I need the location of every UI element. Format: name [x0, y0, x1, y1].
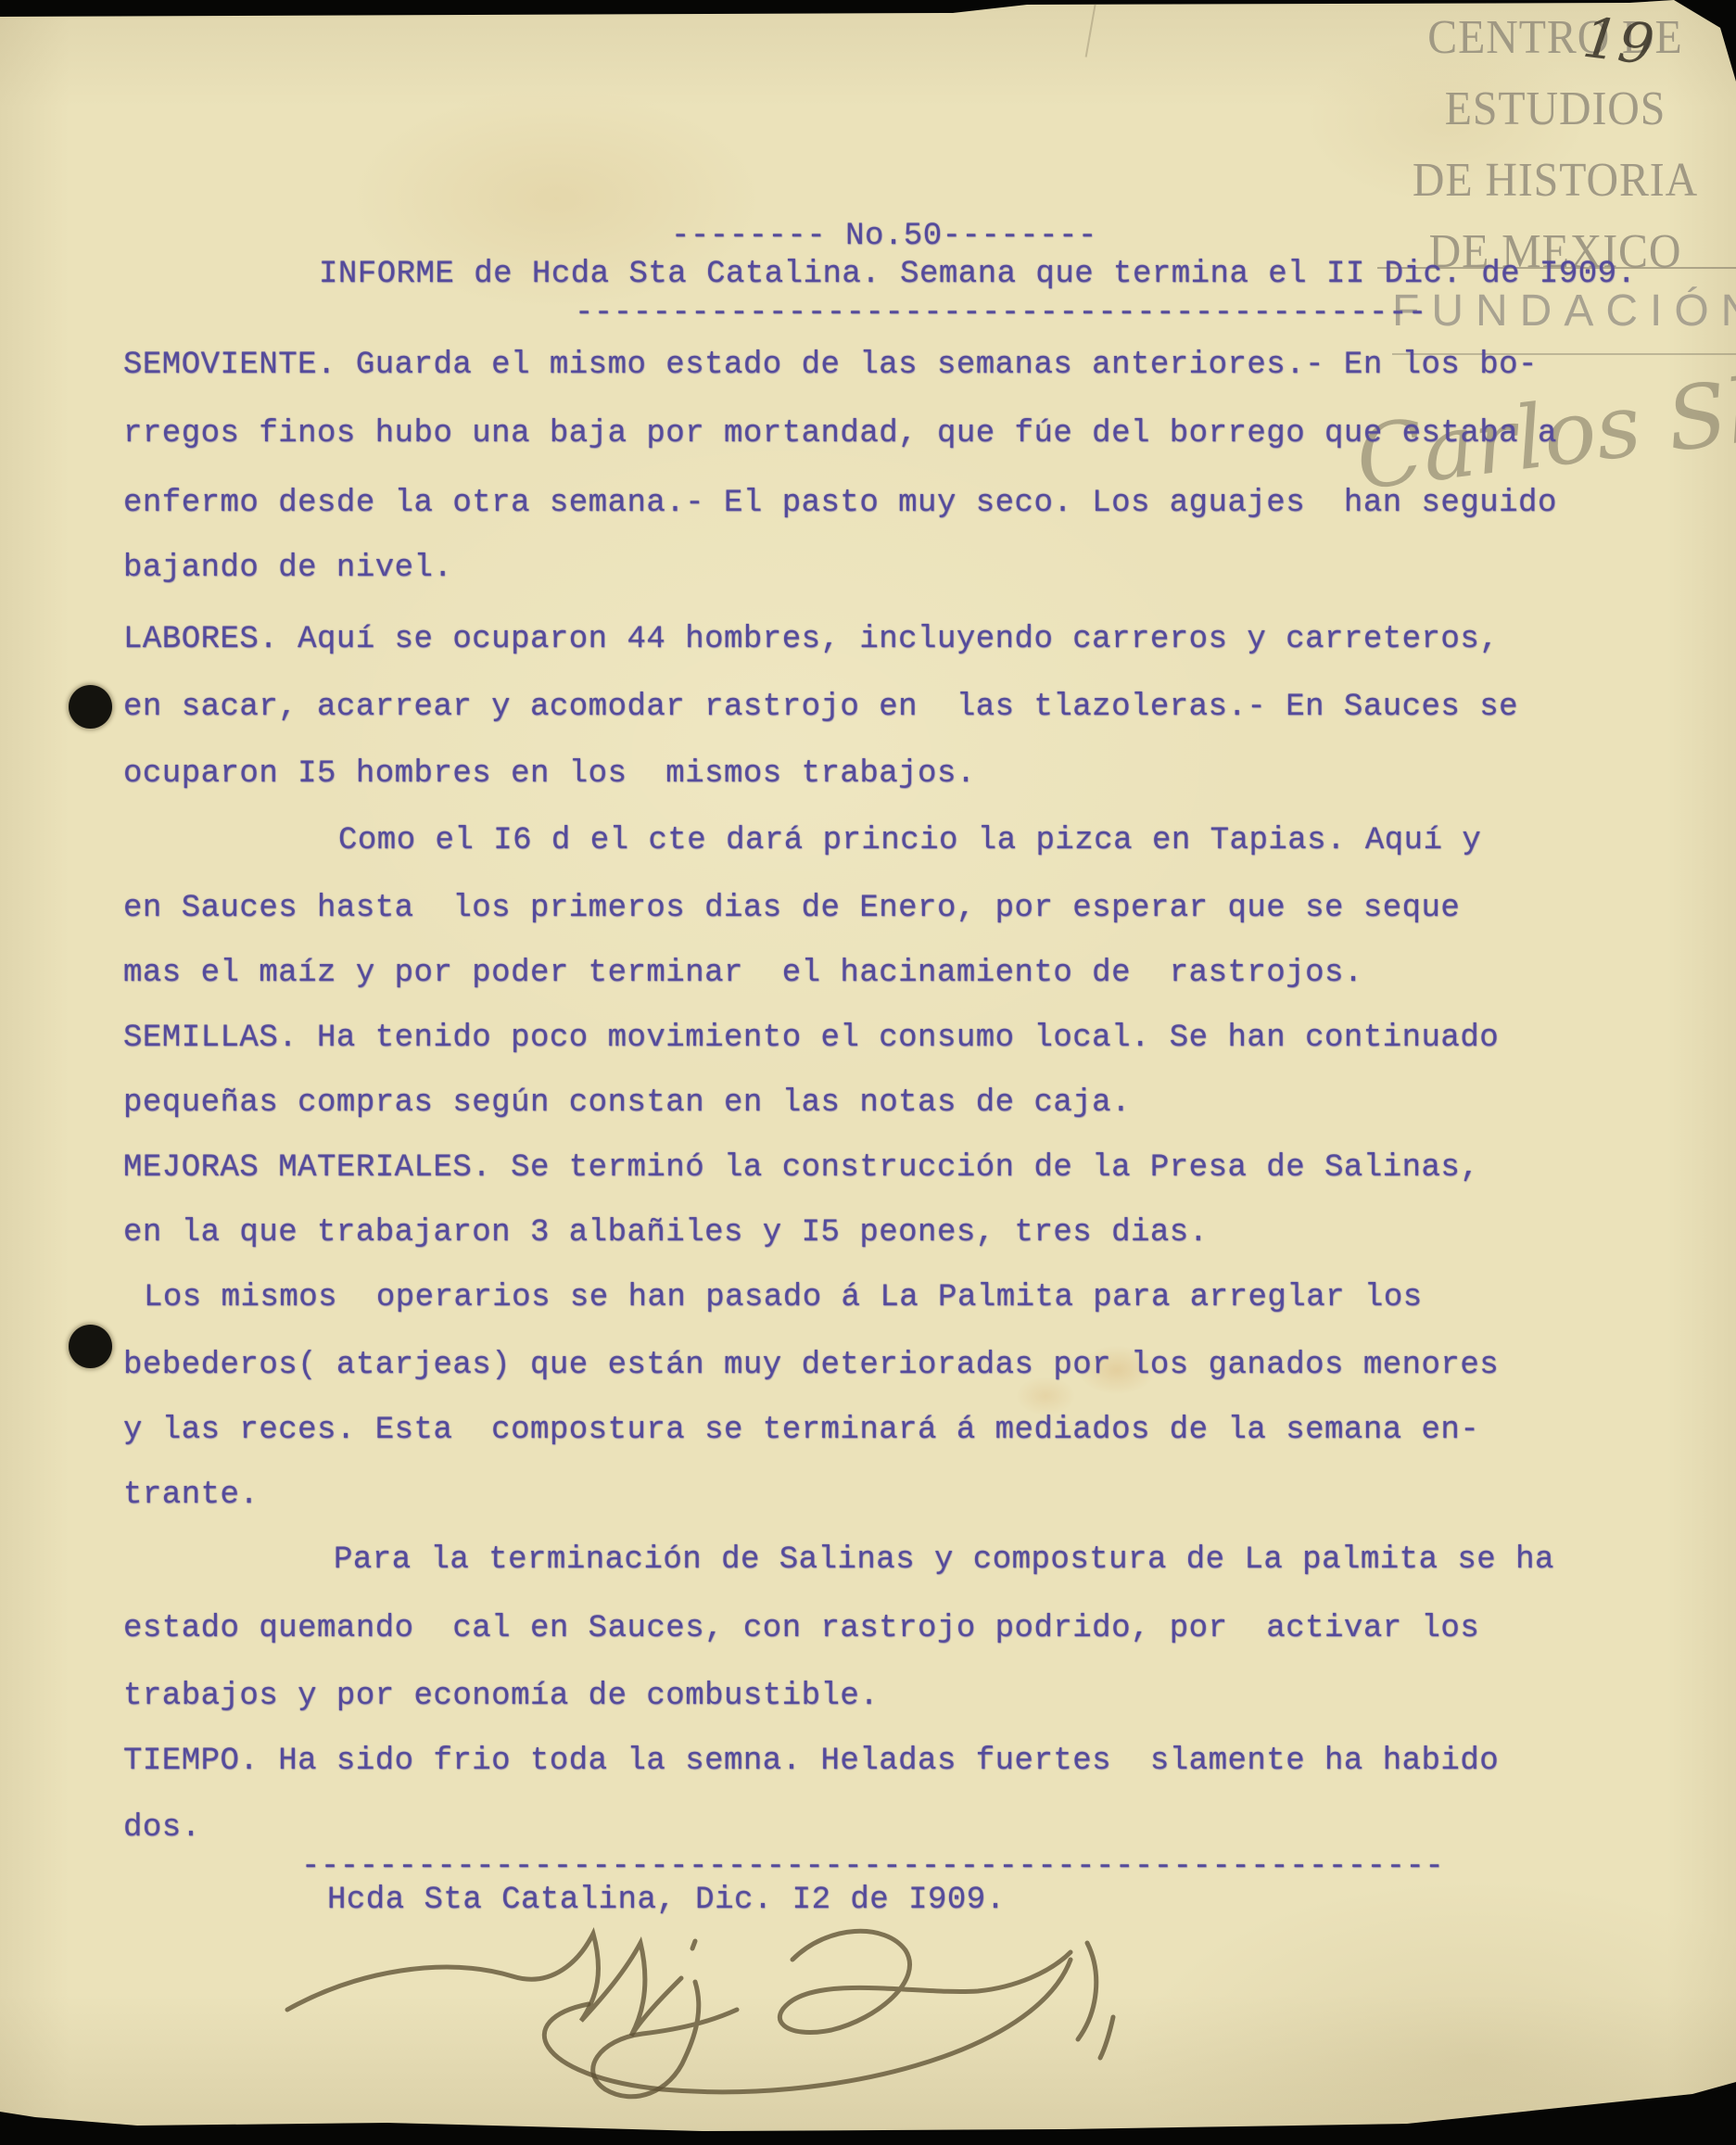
typed-line: mas el maíz y por poder terminar el haci…: [123, 951, 1363, 996]
document-page: CENTRO DE ESTUDIOS DE HISTORIA DE MEXICO…: [0, 0, 1736, 2145]
typed-line: Como el I6 d el cte dará princio la pizc…: [338, 819, 1481, 863]
punch-hole: [69, 685, 112, 729]
typed-line: ocuparon I5 hombres en los mismos trabaj…: [123, 752, 976, 796]
typed-line: SEMILLAS. Ha tenido poco movimiento el c…: [123, 1016, 1499, 1060]
typed-line: SEMOVIENTE. Guarda el mismo estado de la…: [123, 343, 1538, 387]
typed-line: bajando de nivel.: [123, 546, 452, 590]
typed-line: rregos finos hubo una baja por mortandad…: [123, 412, 1557, 456]
watermark-line: DE HISTORIA: [1397, 145, 1714, 216]
watermark-line: CENTRO DE: [1397, 2, 1714, 73]
crease-line: [1085, 0, 1097, 57]
typed-line: enfermo desde la otra semana.- El pasto …: [123, 481, 1557, 526]
typed-line: bebederos( atarjeas) que están muy deter…: [123, 1343, 1499, 1388]
typed-line: LABORES. Aquí se ocuparon 44 hombres, in…: [123, 617, 1499, 662]
typed-line: TIEMPO. Ha sido frio toda la semna. Hela…: [123, 1739, 1499, 1783]
typed-line: MEJORAS MATERIALES. Se terminó la constr…: [123, 1146, 1479, 1190]
handwritten-signature: [273, 1908, 1126, 2121]
punch-hole: [69, 1325, 112, 1368]
typed-line: pequeñas compras según constan en las no…: [123, 1081, 1131, 1125]
watermark-line: ESTUDIOS: [1397, 73, 1714, 145]
doc-title: INFORME de Hcda Sta Catalina. Semana que…: [319, 252, 1636, 297]
typed-line: y las reces. Esta compostura se terminar…: [123, 1408, 1479, 1453]
typed-line: Los mismos operarios se han pasado á La …: [144, 1276, 1423, 1320]
handwritten-folio-number: 19: [1579, 6, 1657, 79]
typed-line: en sacar, acarrear y acomodar rastrojo e…: [123, 685, 1518, 730]
typed-line: en la que trabajaron 3 albañiles y I5 pe…: [123, 1211, 1209, 1255]
typed-line: estado quemando cal en Sauces, con rastr…: [123, 1606, 1479, 1651]
typed-line: trabajos y por economía de combustible.: [123, 1674, 879, 1719]
typed-line: Para la terminación de Salinas y compost…: [334, 1538, 1554, 1582]
scanned-document: CENTRO DE ESTUDIOS DE HISTORIA DE MEXICO…: [0, 0, 1736, 2145]
typed-line: dos.: [123, 1806, 201, 1850]
archive-watermark: CENTRO DE ESTUDIOS DE HISTORIA DE MEXICO: [1397, 2, 1714, 287]
typed-line: trante.: [123, 1473, 259, 1517]
title-underline: ----------------------------------------…: [575, 291, 1427, 336]
typed-line: en Sauces hasta los primeros dias de Ene…: [123, 886, 1460, 931]
